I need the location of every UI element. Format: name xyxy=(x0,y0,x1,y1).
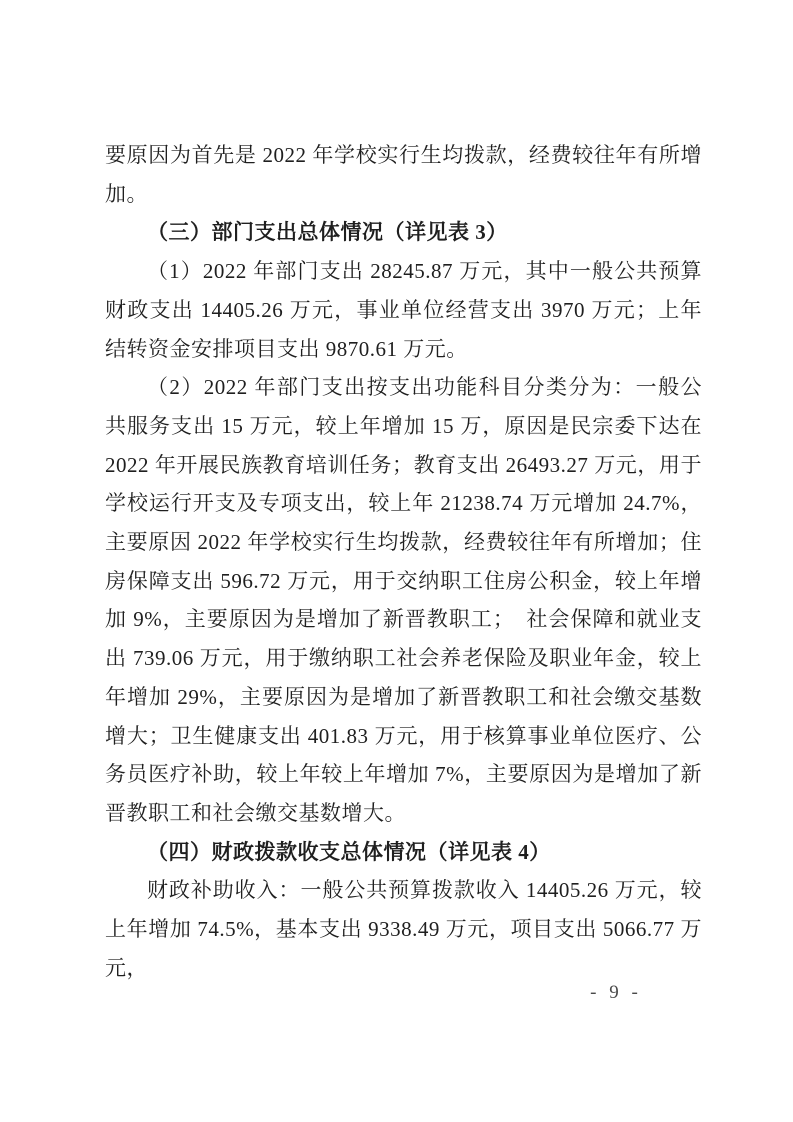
section-heading: （三）部门支出总体情况（详见表 3） xyxy=(105,213,702,252)
document-page: 要原因为首先是 2022 年学校实行生均拨款，经费较往年有所增加。（三）部门支出… xyxy=(0,0,793,1122)
body-paragraph: （1）2022 年部门支出 28245.87 万元，其中一般公共预算财政支出 1… xyxy=(105,252,702,368)
body-paragraph: （2）2022 年部门支出按支出功能科目分类分为：一般公共服务支出 15 万元，… xyxy=(105,368,702,832)
body-paragraph: 财政补助收入：一般公共预算拨款收入 14405.26 万元，较上年增加 74.5… xyxy=(105,871,702,987)
page-number: - 9 - xyxy=(566,982,666,1004)
section-heading: （四）财政拨款收支总体情况（详见表 4） xyxy=(105,833,702,872)
document-body: 要原因为首先是 2022 年学校实行生均拨款，经费较往年有所增加。（三）部门支出… xyxy=(105,136,702,987)
body-paragraph: 要原因为首先是 2022 年学校实行生均拨款，经费较往年有所增加。 xyxy=(105,136,702,213)
